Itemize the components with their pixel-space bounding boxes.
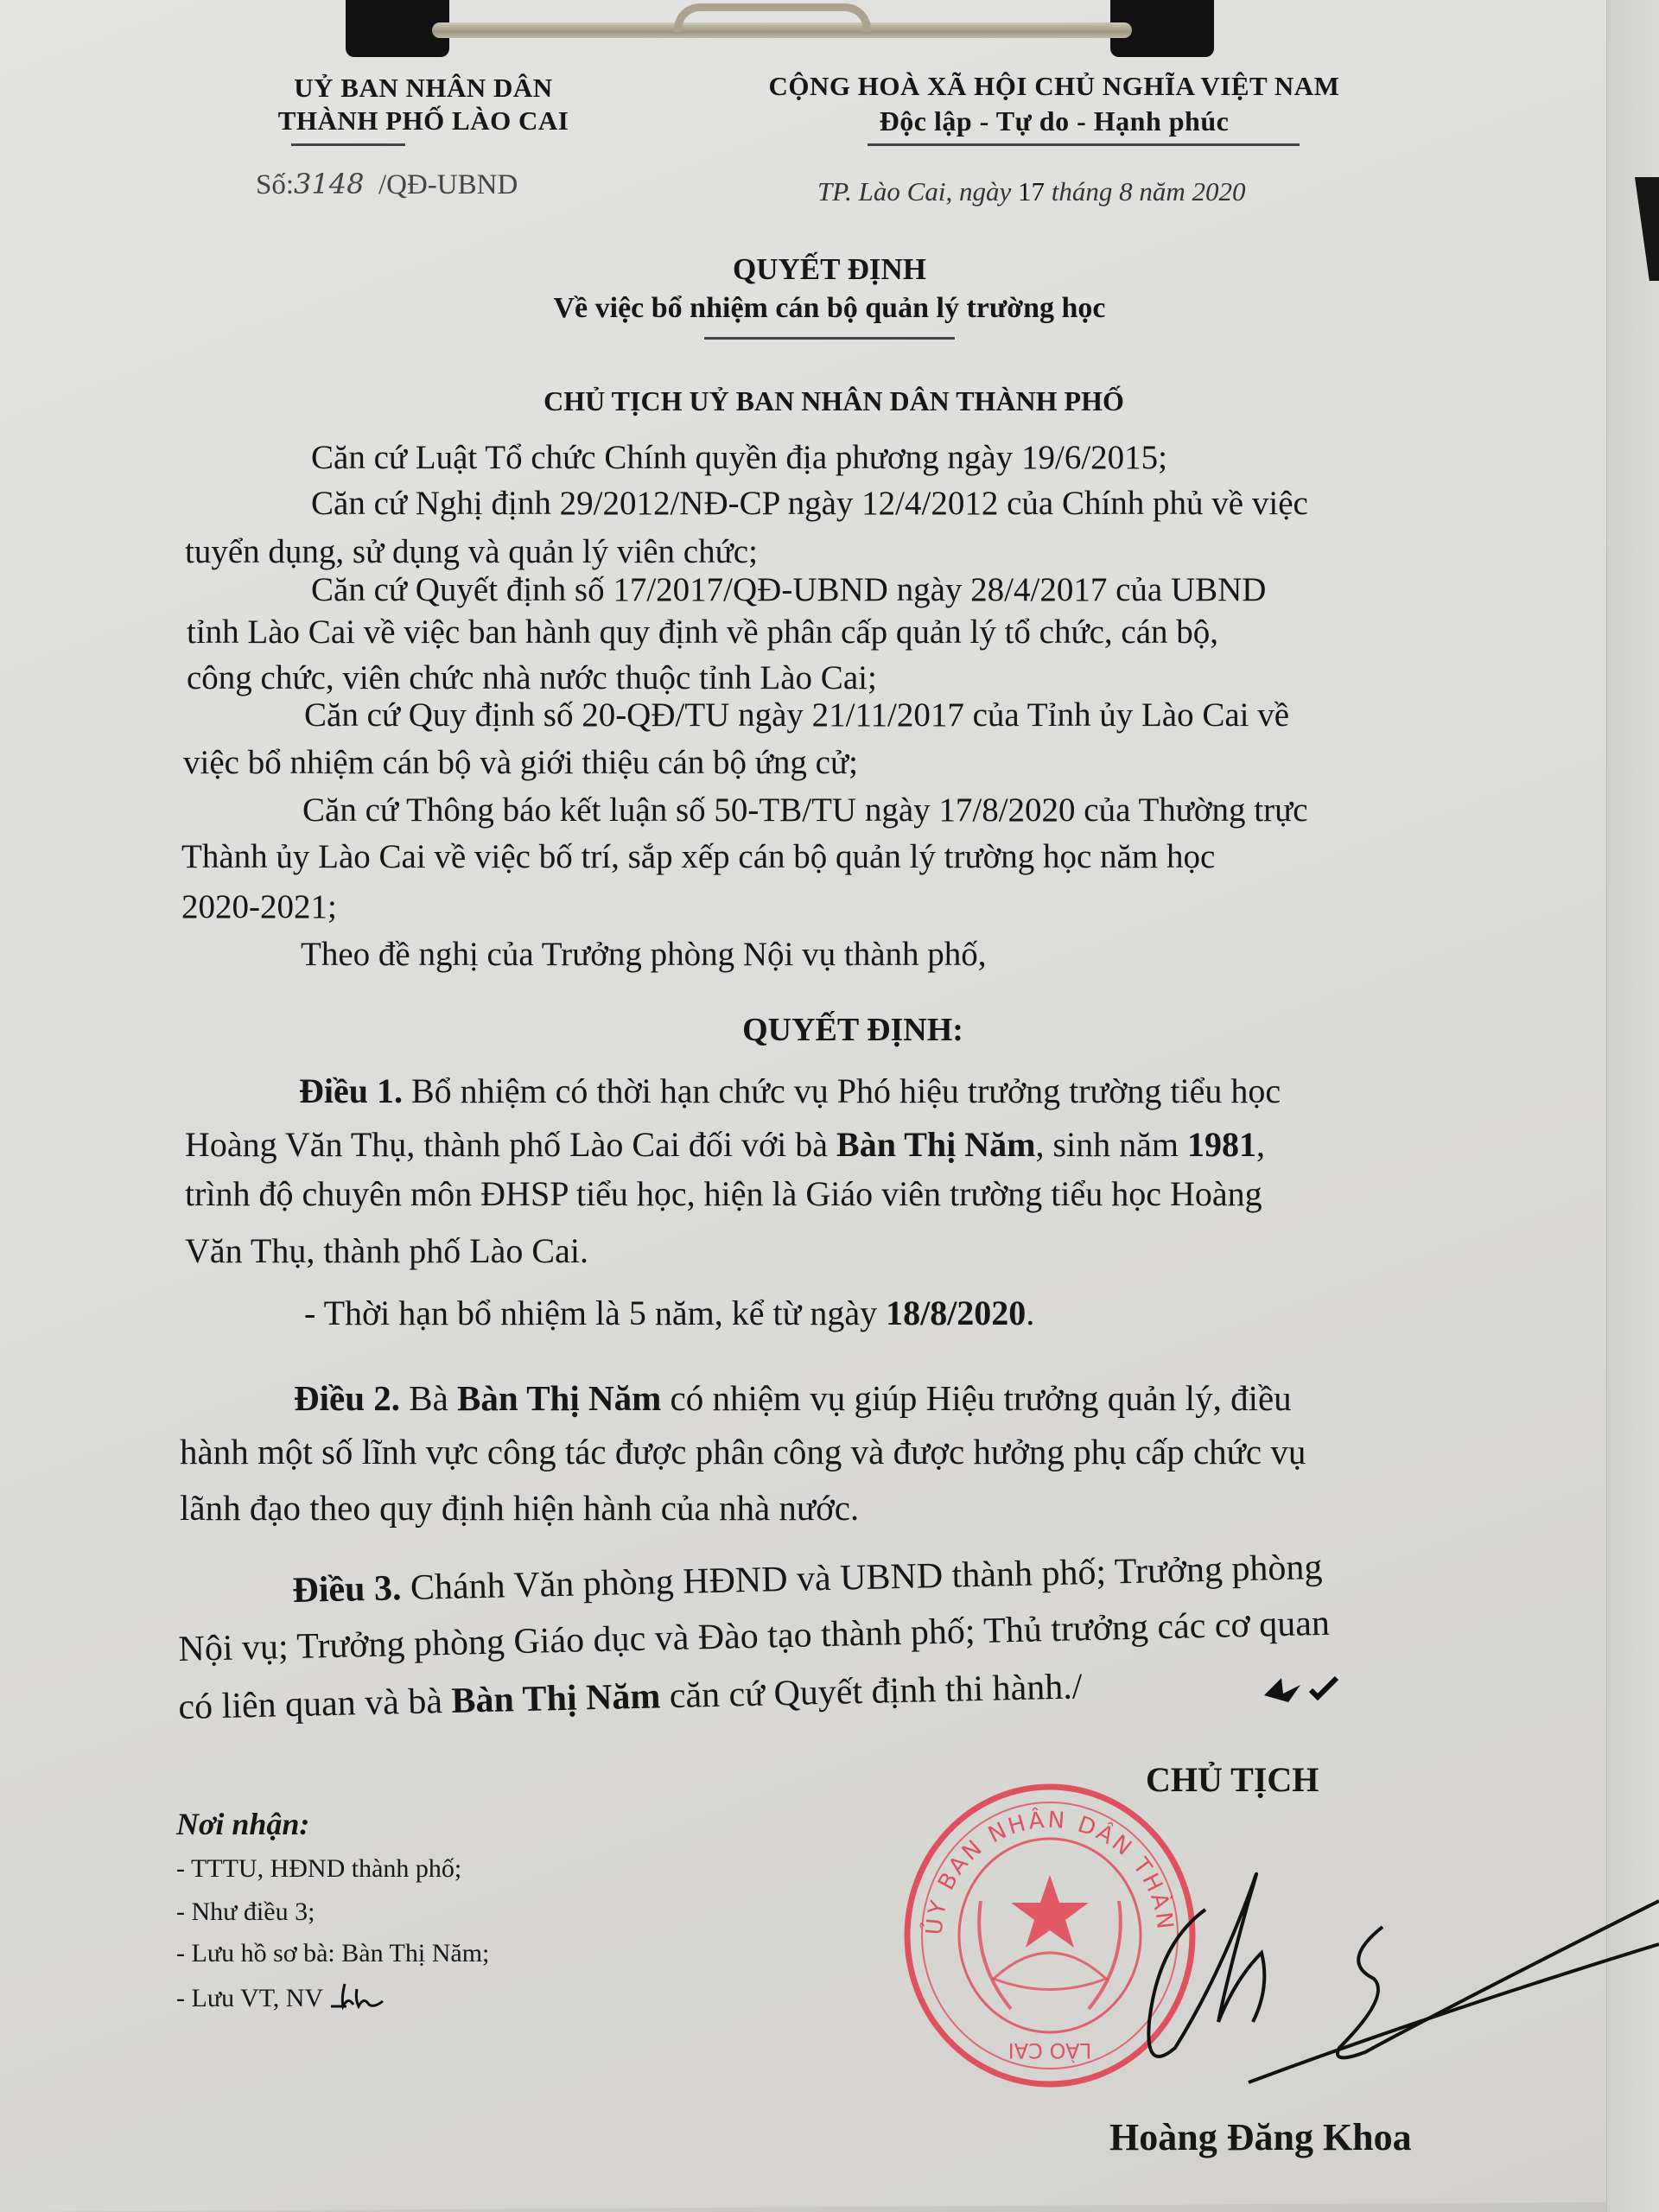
appointee-name: Bàn Thị Năm (457, 1378, 661, 1418)
recipients-title: Nơi nhận: (176, 1806, 309, 1842)
article1-text: , sinh năm (1035, 1125, 1179, 1164)
article1-text: , (1256, 1125, 1265, 1164)
article2-label: Điều 2. (294, 1378, 400, 1418)
basis-6: Theo đề nghị của Trưởng phòng Nội vụ thà… (301, 938, 987, 971)
basis-5-line2: Thành ủy Lào Cai về việc bố trí, sắp xếp… (181, 840, 1215, 874)
document-number: Số:3148 /QĐ-UBND (256, 168, 518, 201)
decision-heading: QUYẾT ĐỊNH: (0, 1011, 1659, 1049)
document-date: TP. Lào Cai, ngày 17 tháng 8 năm 2020 (817, 176, 1245, 207)
national-title: CỘNG HOÀ XÃ HỘI CHỦ NGHĨA VIỆT NAM (700, 71, 1408, 102)
basis-4-line2: việc bổ nhiệm cán bộ và giới thiệu cán b… (183, 746, 858, 779)
signer-name: Hoàng Đăng Khoa (1109, 2115, 1412, 2159)
date-day-handwritten: 17 (1018, 176, 1045, 207)
recipient-item: - Lưu VT, NV (176, 1980, 390, 2013)
article1-label: Điều 1. (299, 1071, 403, 1110)
handwritten-initial-mark (1257, 1659, 1352, 1711)
article1-text: Bổ nhiệm có thời hạn chức vụ Phó hiệu tr… (411, 1071, 1281, 1110)
clipboard-clip-bump (674, 3, 871, 32)
authority-heading: CHỦ TỊCH UỶ BAN NHÂN DÂN THÀNH PHỐ (0, 385, 1659, 417)
article2-line2: hành một số lĩnh vực công tác được phân … (180, 1434, 1306, 1470)
article1-line3: trình độ chuyên môn ĐHSP tiểu học, hiện … (185, 1177, 1262, 1211)
article2-line1: Điều 2. Bà Bàn Thị Năm có nhiệm vụ giúp … (294, 1381, 1292, 1416)
basis-5-line3: 2020-2021; (181, 890, 337, 924)
number-suffix: /QĐ-UBND (378, 169, 518, 200)
article1-line1: Điều 1. Bổ nhiệm có thời hạn chức vụ Phó… (299, 1074, 1281, 1109)
basis-5-line1: Căn cứ Thông báo kết luận số 50-TB/TU ng… (302, 793, 1308, 827)
date-suffix: tháng 8 năm 2020 (1052, 176, 1246, 207)
basis-2-line2: tuyển dụng, sử dụng và quản lý viên chức… (185, 535, 758, 569)
document-title: QUYẾT ĐỊNH (0, 252, 1659, 287)
appointee-name: Bàn Thị Năm (451, 1676, 661, 1720)
term-start-date: 18/8/2020 (886, 1294, 1026, 1332)
subtitle-underline (704, 337, 955, 340)
article1-line4: Văn Thụ, thành phố Lào Cai. (185, 1234, 588, 1268)
birth-year: 1981 (1187, 1125, 1256, 1164)
signature (1123, 1849, 1659, 2108)
recipient-item: - Lưu hồ sơ bà: Bàn Thị Năm; (176, 1939, 489, 1968)
national-motto: Độc lập - Tự do - Hạnh phúc (700, 105, 1408, 137)
basis-3-line3: công chức, viên chức nhà nước thuộc tỉnh… (187, 661, 877, 695)
article1-term: - Thời hạn bổ nhiệm là 5 năm, kể từ ngày… (304, 1296, 1034, 1331)
agency-line2: THÀNH PHỐ LÀO CAI (242, 105, 605, 137)
recipient-item-text: - Lưu VT, NV (176, 1984, 323, 2012)
recipient-item: - TTTU, HĐND thành phố; (176, 1854, 461, 1884)
agency-underline (291, 143, 405, 146)
article2-line3: lãnh đạo theo quy định hiện hành của nhà… (180, 1491, 859, 1526)
article3-text: có liên quan và bà (178, 1681, 443, 1727)
handwritten-initial-mark (329, 1980, 390, 2012)
basis-4-line1: Căn cứ Quy định số 20-QĐ/TU ngày 21/11/2… (304, 698, 1289, 732)
signer-position: CHỦ TỊCH (1146, 1759, 1319, 1800)
article1-line2: Hoàng Văn Thụ, thành phố Lào Cai đối với… (185, 1128, 1265, 1162)
basis-3-line2: tỉnh Lào Cai về việc ban hành quy định v… (187, 615, 1218, 649)
basis-3-line1: Căn cứ Quyết định số 17/2017/QĐ-UBND ngà… (311, 573, 1266, 607)
basis-2-line1: Căn cứ Nghị định 29/2012/NĐ-CP ngày 12/4… (311, 486, 1308, 520)
appointee-name: Bàn Thị Năm (836, 1125, 1035, 1164)
basis-1: Căn cứ Luật Tổ chức Chính quyền địa phươ… (311, 441, 1167, 474)
article2-text: Bà (409, 1378, 448, 1418)
term-text: - Thời hạn bổ nhiệm là 5 năm, kể từ ngày (304, 1294, 877, 1332)
document-subtitle: Về việc bổ nhiệm cán bộ quản lý trường h… (0, 292, 1659, 325)
number-prefix: Số: (256, 169, 294, 200)
svg-text:LÀO CAI: LÀO CAI (1008, 2038, 1092, 2063)
motto-underline (868, 143, 1300, 146)
number-handwritten: 3148 (294, 168, 364, 200)
article1-text: Hoàng Văn Thụ, thành phố Lào Cai đối với… (185, 1125, 828, 1164)
recipient-item: - Như điều 3; (176, 1897, 315, 1927)
agency-line1: UỶ BAN NHÂN DÂN (242, 73, 605, 104)
date-prefix: TP. Lào Cai, ngày (817, 176, 1011, 207)
term-end: . (1026, 1294, 1034, 1332)
article2-text: có nhiệm vụ giúp Hiệu trưởng quản lý, đi… (671, 1378, 1292, 1418)
article3-label: Điều 3. (292, 1568, 402, 1611)
